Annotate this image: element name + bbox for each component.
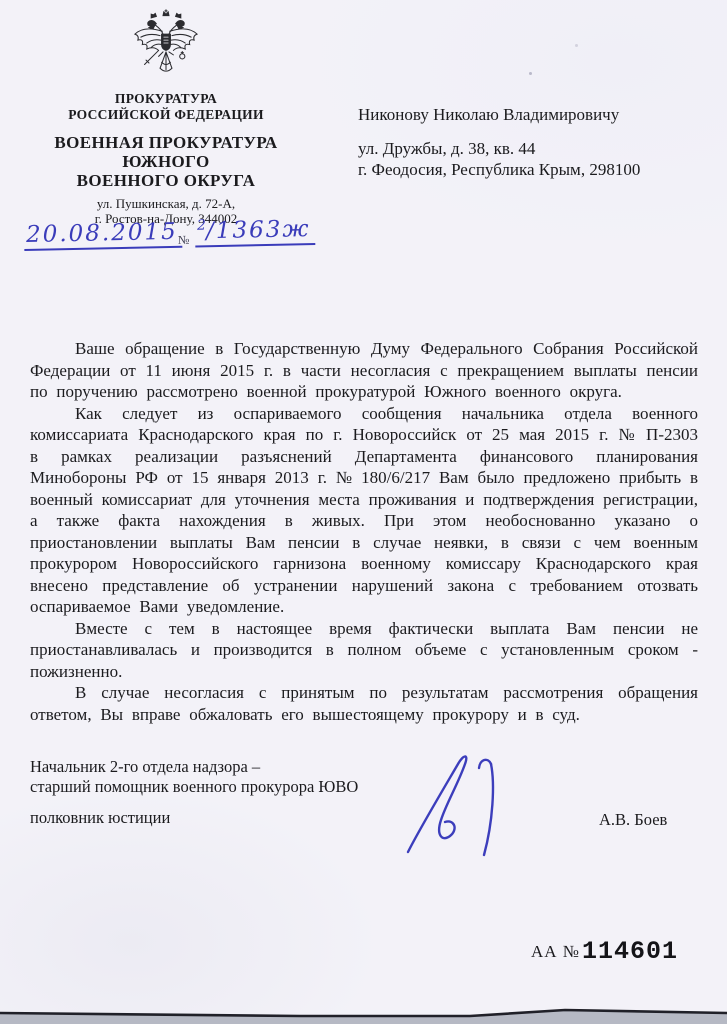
org-main-line1: ВОЕННАЯ ПРОКУРАТУРА	[38, 133, 294, 152]
signer-name: А.В. Боев	[599, 810, 667, 830]
org-top-line2: РОССИЙСКОЙ ФЕДЕРАЦИИ	[38, 107, 294, 123]
form-series: АА №	[531, 942, 580, 961]
scan-bottom-edge	[0, 1004, 727, 1024]
org-address-street: ул. Пушкинская, д. 72-А,	[38, 196, 294, 211]
handwritten-outgoing-number: 2/1363ж	[195, 216, 315, 247]
scan-speck	[529, 72, 532, 75]
scan-speck	[575, 44, 578, 47]
signer-rank: полковник юстиции	[30, 808, 358, 828]
recipient-address-city: г. Феодосия, Республика Крым, 298100	[358, 159, 640, 180]
coat-of-arms-eagle-icon	[129, 8, 203, 84]
form-digits: 114601	[582, 937, 678, 966]
recipient-address-street: ул. Дружбы, д. 38, кв. 44	[358, 138, 640, 159]
org-main-line3: ВОЕННОГО ОКРУГА	[38, 171, 294, 190]
body-paragraph-4: В случае несогласия с принятым по резуль…	[30, 682, 698, 725]
outgoing-number-main: /1363ж	[206, 216, 311, 244]
recipient-name: Никонову Николаю Владимировичу	[358, 104, 640, 125]
signer-position-line1: Начальник 2-го отдела надзора –	[30, 757, 358, 777]
recipient-block: Никонову Николаю Владимировичу ул. Дружб…	[358, 104, 640, 180]
letterhead: ПРОКУРАТУРА РОССИЙСКОЙ ФЕДЕРАЦИИ ВОЕННАЯ…	[38, 8, 294, 226]
org-top-line1: ПРОКУРАТУРА	[38, 91, 294, 107]
issuing-org-name: ВОЕННАЯ ПРОКУРАТУРА ЮЖНОГО ВОЕННОГО ОКРУ…	[38, 133, 294, 190]
number-sign: №	[178, 232, 190, 247]
handwritten-date: 20.08.2015	[24, 218, 182, 250]
signature-block: Начальник 2-го отдела надзора – старший …	[30, 757, 358, 828]
letter-body: Ваше обращение в Государственную Думу Фе…	[30, 338, 698, 725]
handwritten-signature-icon	[392, 742, 520, 860]
body-paragraph-3: Вместе с тем в настоящее время фактическ…	[30, 618, 698, 683]
form-serial-number: АА №114601	[531, 936, 678, 965]
body-paragraph-1: Ваше обращение в Государственную Думу Фе…	[30, 338, 698, 403]
scanned-letter-page: ПРОКУРАТУРА РОССИЙСКОЙ ФЕДЕРАЦИИ ВОЕННАЯ…	[0, 0, 727, 1024]
body-paragraph-2: Как следует из оспариваемого сообщения н…	[30, 403, 698, 618]
org-main-line2: ЮЖНОГО	[38, 152, 294, 171]
outgoing-number-sup: 2	[197, 217, 206, 233]
registration-line: 20.08.2015№ 2/1363ж	[24, 215, 315, 248]
signer-position-line2: старший помощник военного прокурора ЮВО	[30, 777, 358, 797]
issuing-org-parent: ПРОКУРАТУРА РОССИЙСКОЙ ФЕДЕРАЦИИ	[38, 91, 294, 123]
